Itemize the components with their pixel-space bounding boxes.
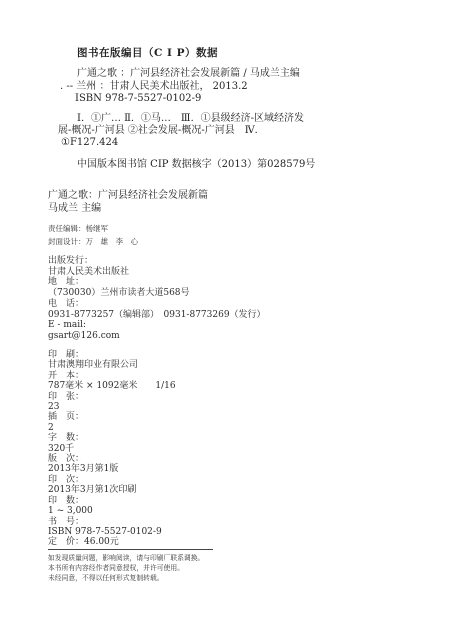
permission-note: 本书所有内容经作者同意授权，并许可使用。 xyxy=(48,563,204,573)
printrun-label: 印 数： xyxy=(48,496,176,506)
printrun-value: 1 ~ 3,000 xyxy=(48,506,176,516)
wordcount-label: 字 数： xyxy=(48,433,176,443)
cip-class-line: Ⅰ．①广… Ⅱ．①马… Ⅲ．①县级经济-区域经济发 xyxy=(48,113,304,125)
wordcount-value: 320千 xyxy=(48,444,176,454)
price-line: 定 价：46.00元 xyxy=(48,537,176,547)
cip-classification: Ⅰ．①广… Ⅱ．①马… Ⅲ．①县级经济-区域经济发 展-概况-广河县 ②社会发展… xyxy=(48,113,304,149)
email-label: E - mail: xyxy=(48,320,266,331)
printer-label: 印 刷： xyxy=(48,350,176,360)
cip-class-line: 展-概况-广河县 ②社会发展-概况-广河县 Ⅳ． xyxy=(48,125,304,137)
cip-record-line: ISBN 978-7-5527-0102-9 xyxy=(48,93,300,106)
notes-block: 如发现质量问题，影响阅读，请与印刷厂联系调换。 本书所有内容经作者同意授权，并许… xyxy=(48,553,204,583)
copyright-note: 未经同意，不得以任何形式复制转载。 xyxy=(48,573,204,583)
printer-value: 甘肃澳翔印业有限公司 xyxy=(48,360,176,370)
cip-record: 广通之歌 ：广河县经济社会发展新篇 / 马成兰主编 . -- 兰州 ：甘肃人民美… xyxy=(48,68,300,106)
responsible-editor: 责任编辑：杨继军 xyxy=(48,222,138,235)
publisher-name: 甘肃人民美术出版社 xyxy=(48,267,266,278)
credits-block: 责任编辑：杨继军 封面设计：万 雄 李 心 xyxy=(48,222,138,248)
book-editor: 马成兰 主编 xyxy=(48,202,208,215)
cip-class-line: ①F127.424 xyxy=(48,137,304,149)
copyright-page: 图书在版编目（C I P）数据 广通之歌 ：广河县经济社会发展新篇 / 马成兰主… xyxy=(0,0,450,629)
cip-catalog-number: 中国版本图书馆 CIP 数据核字（2013）第028579号 xyxy=(77,155,315,170)
phone-label: 电 话： xyxy=(48,299,266,310)
printing-value: 2013年3月第1次印刷 xyxy=(48,485,176,495)
inserts-label: 插 页： xyxy=(48,412,176,422)
printing-label: 印 次： xyxy=(48,475,176,485)
address-value: （730030）兰州市读者大道568号 xyxy=(48,288,266,299)
edition-label: 版 次： xyxy=(48,454,176,464)
isbn-value: ISBN 978-7-5527-0102-9 xyxy=(48,527,176,537)
format-value: 787毫米 × 1092毫米 1/16 xyxy=(48,381,176,391)
colophon-printing: 印 刷： 甘肃澳翔印业有限公司 开 本： 787毫米 × 1092毫米 1/16… xyxy=(48,350,176,548)
book-title: 广通之歌：广河县经济社会发展新篇 xyxy=(48,189,208,202)
quality-note: 如发现质量问题，影响阅读，请与印刷厂联系调换。 xyxy=(48,553,204,563)
inserts-value: 2 xyxy=(48,423,176,433)
cover-designer: 封面设计：万 雄 李 心 xyxy=(48,235,138,248)
email-value: gsart@126.com xyxy=(48,331,266,342)
publisher-label: 出版发行： xyxy=(48,256,266,267)
isbn-label: 书 号： xyxy=(48,517,176,527)
colophon-publishing: 出版发行： 甘肃人民美术出版社 地 址： （730030）兰州市读者大道568号… xyxy=(48,256,266,342)
cip-record-line: 广通之歌 ：广河县经济社会发展新篇 / 马成兰主编 xyxy=(48,68,300,81)
title-block: 广通之歌：广河县经济社会发展新篇 马成兰 主编 xyxy=(48,189,208,215)
format-label: 开 本： xyxy=(48,371,176,381)
cip-record-line: . -- 兰州 ：甘肃人民美术出版社， 2013.2 xyxy=(48,81,300,94)
sheets-value: 23 xyxy=(48,402,176,412)
phone-value: 0931-8773257（编辑部） 0931-8773269（发行） xyxy=(48,310,266,321)
address-label: 地 址： xyxy=(48,277,266,288)
cip-header: 图书在版编目（C I P）数据 xyxy=(77,45,218,60)
sheets-label: 印 张： xyxy=(48,392,176,402)
divider-rule xyxy=(48,549,213,550)
edition-value: 2013年3月第1版 xyxy=(48,464,176,474)
